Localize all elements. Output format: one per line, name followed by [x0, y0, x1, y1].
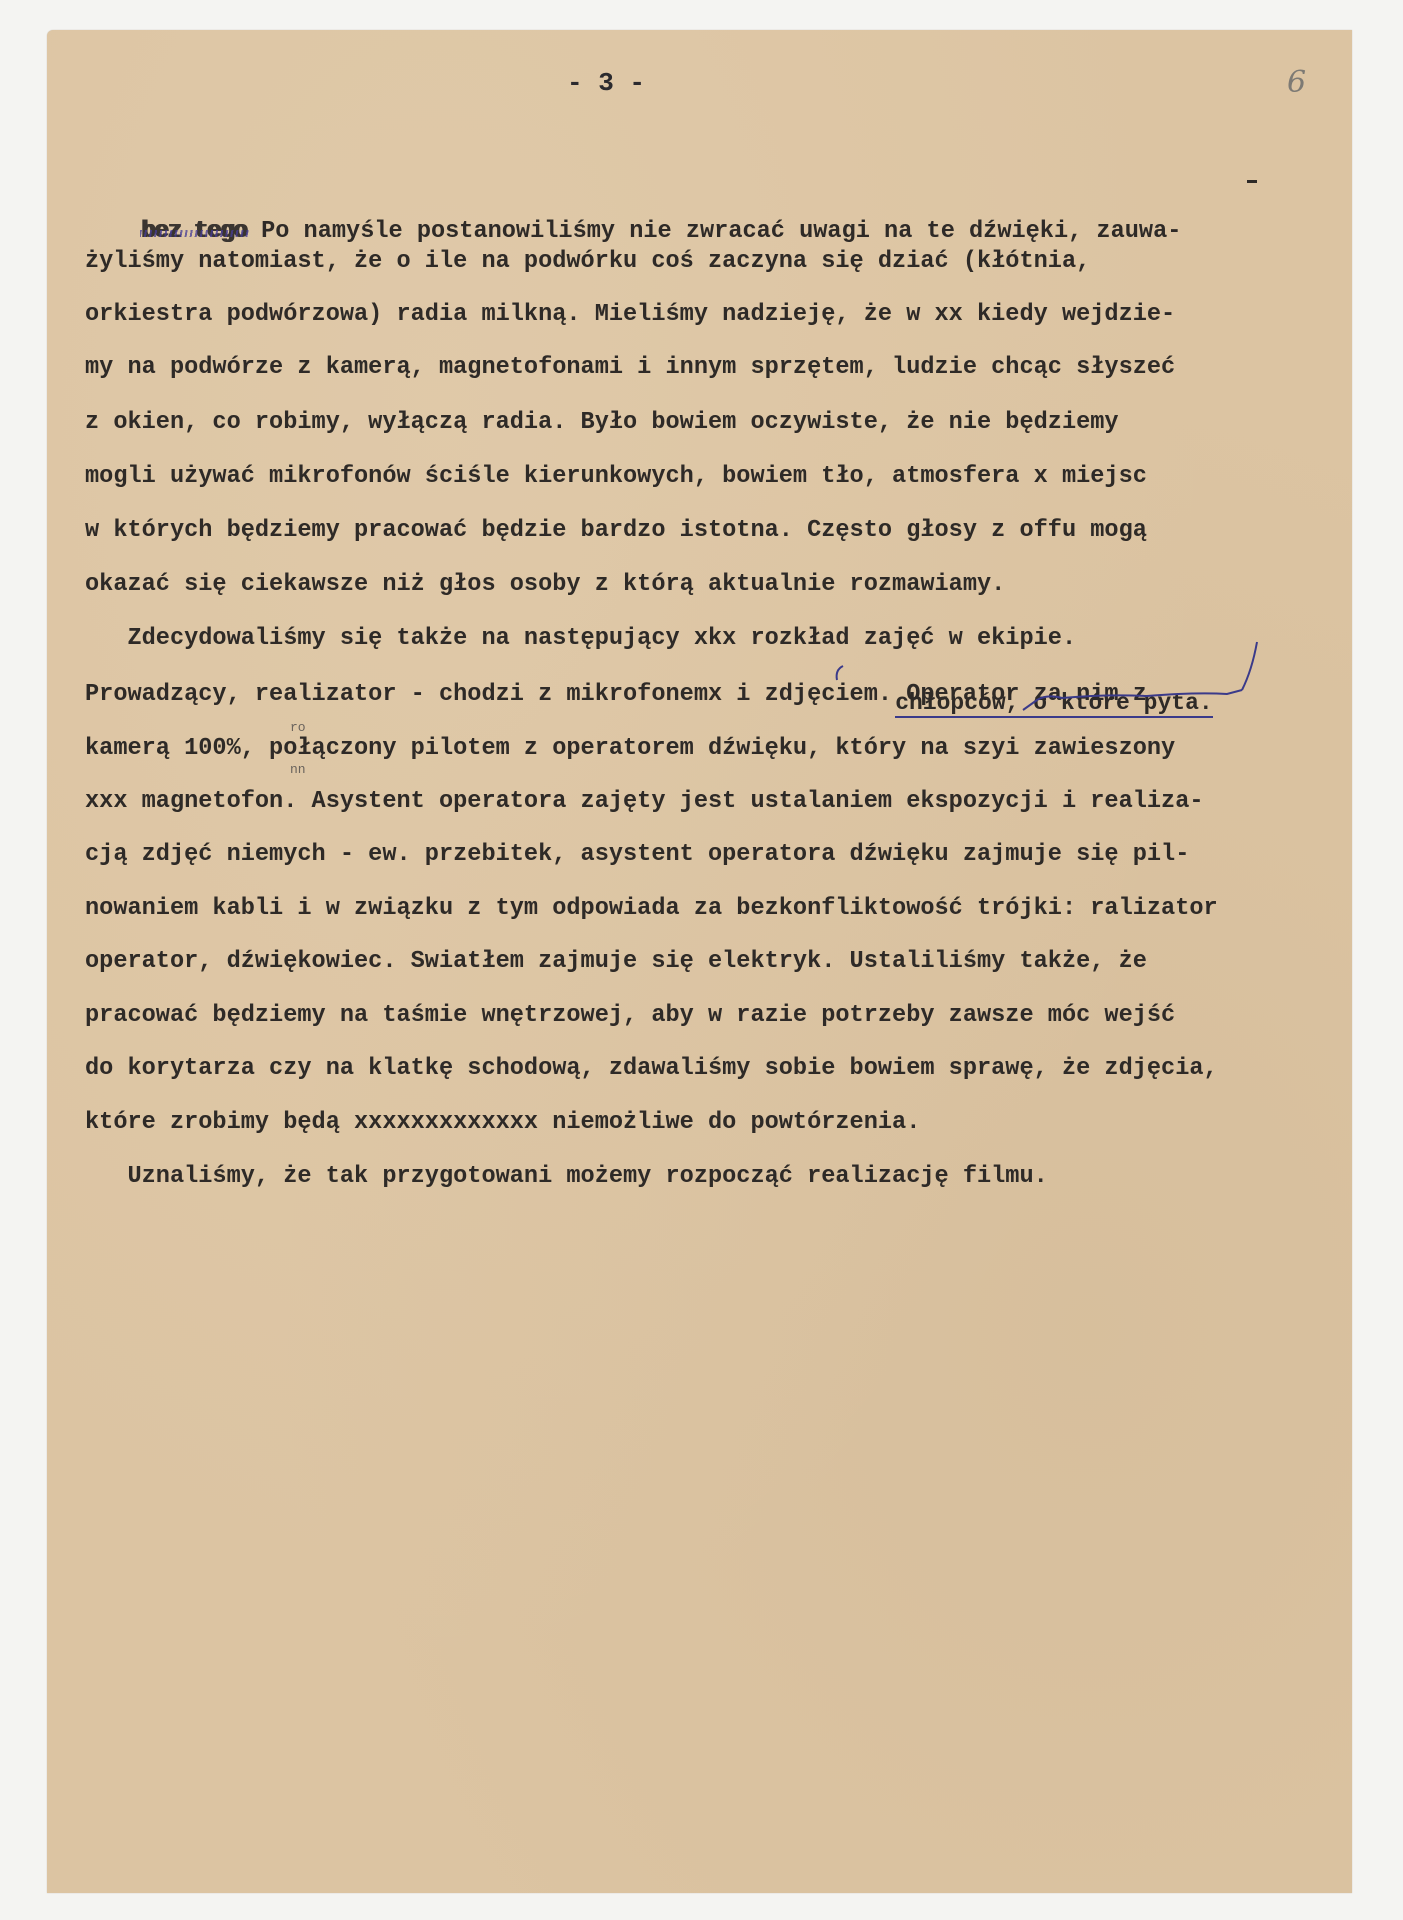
- text-line: z okien, co robimy, wyłączą radia. Było …: [85, 411, 1119, 435]
- text-line: nowaniem kabli i w związku z tym odpowia…: [85, 897, 1218, 921]
- text-line: operator, dźwiękowiec. Swiatłem zajmuje …: [85, 950, 1147, 974]
- text-line: okazać się ciekawsze niż głos osoby z kt…: [85, 573, 1005, 597]
- text-line: które zrobimy będą xxxxxxxxxxxxx niemożl…: [85, 1111, 920, 1135]
- interlinear-mark-above: ro: [290, 720, 306, 735]
- stray-mark: [1247, 180, 1257, 183]
- text-line: Uznaliśmy, że tak przygotowani możemy ro…: [85, 1165, 1048, 1189]
- document-page: - 3 - 6 bez tego Po namyśle postanowiliś…: [47, 30, 1352, 1893]
- text-line: w których będziemy pracować będzie bardz…: [85, 519, 1147, 543]
- folio-number-handwritten: 6: [1287, 65, 1306, 100]
- text-line: xxx magnetofon. Asystent operatora zajęt…: [85, 790, 1204, 814]
- text-line: cją zdjęć niemych - ew. przebitek, asyst…: [85, 843, 1189, 867]
- struck-word: bez tego: [142, 220, 247, 244]
- text-line: pracować będziemy na taśmie wnętrzowej, …: [85, 1004, 1175, 1028]
- page-number: - 3 -: [567, 68, 645, 98]
- text-line: do korytarza czy na klatkę schodową, zda…: [85, 1057, 1218, 1081]
- text-line: Zdecydowaliśmy się także na następujący …: [85, 627, 1076, 651]
- text-line: mogli używać mikrofonów ściśle kierunkow…: [85, 465, 1147, 489]
- interlinear-mark-below: nn: [290, 762, 306, 777]
- text-line: żyliśmy natomiast, że o ile na podwórku …: [85, 250, 1090, 274]
- text-line: my na podwórze z kamerą, magnetofonami i…: [85, 356, 1175, 380]
- text-line: Prowadzący, realizator - chodzi z mikrof…: [85, 683, 1147, 707]
- text-line: orkiestra podwórzowa) radia milkną. Miel…: [85, 303, 1175, 327]
- text-line: kamerą 100%, połączony pilotem z operato…: [85, 737, 1175, 761]
